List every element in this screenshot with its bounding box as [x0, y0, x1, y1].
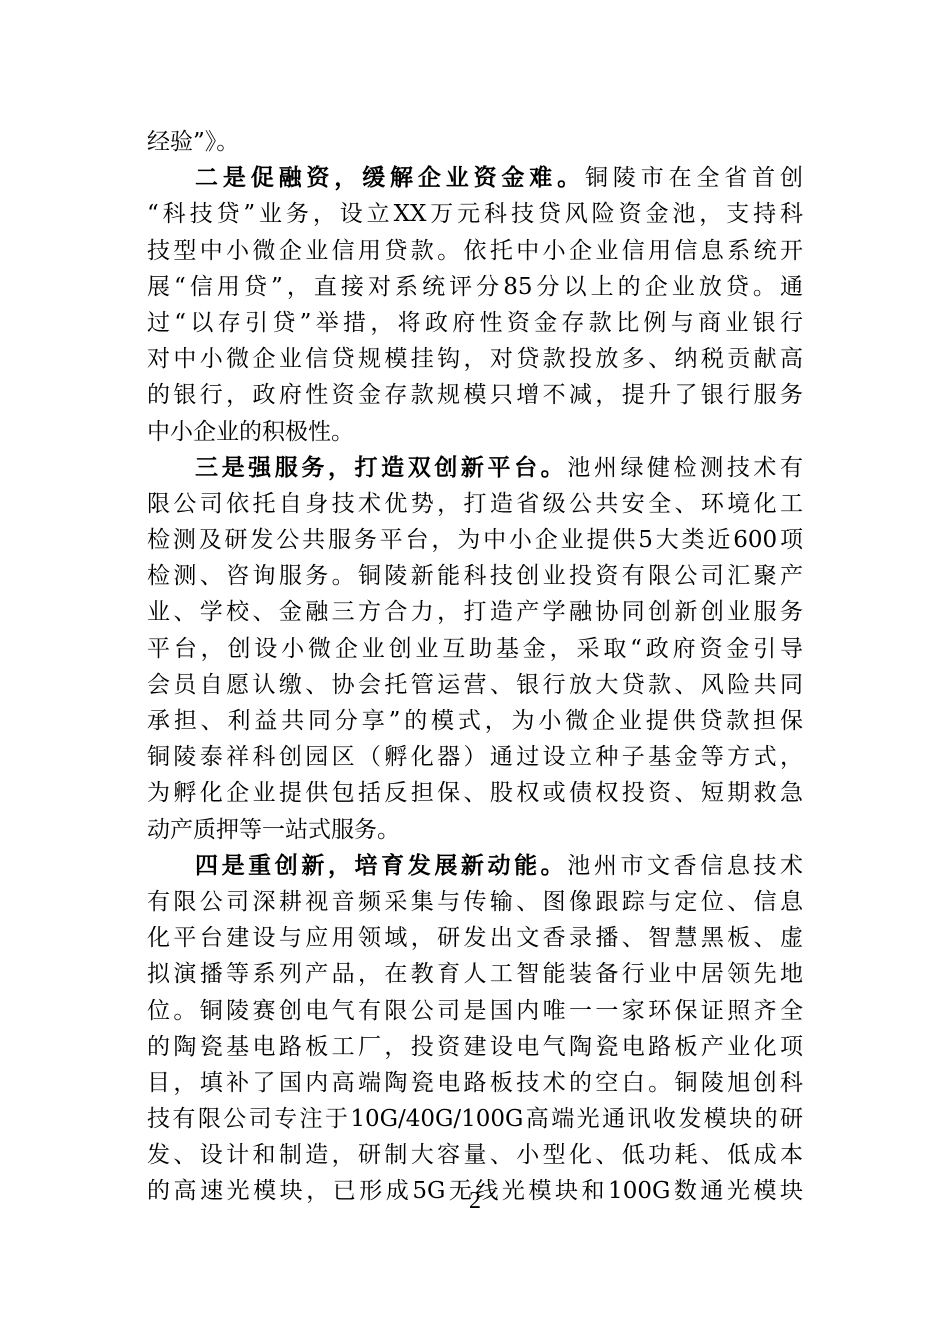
text-line: 发、设计和制造，研制大容量、小型化、低功耗、低成本: [147, 1137, 803, 1173]
text-run: 铜陵市在全省首创: [585, 165, 803, 191]
text-line: 过“以存引贷”举措，将政府性资金存款比例与商业银行: [147, 305, 803, 341]
text-line: 经验”》。: [147, 124, 803, 160]
text-line: 有限公司深耕视音频采集与传输、图像跟踪与定位、信息: [147, 884, 803, 920]
text-line: 化平台建设与应用领域，研发出文香录播、智慧黑板、虚: [147, 920, 803, 956]
paragraph-heading: 二是促融资，缓解企业资金难。: [195, 164, 585, 191]
text-line: 为孵化企业提供包括反担保、股权或债权投资、短期救急: [147, 775, 803, 811]
text-line: 目，填补了国内高端陶瓷电路板技术的空白。铜陵旭创科: [147, 1065, 803, 1101]
text-line: 技型中小微企业信用贷款。依托中小企业信用信息系统开: [147, 233, 803, 269]
text-line: 检测、咨询服务。铜陵新能科技创业投资有限公司汇聚产: [147, 558, 803, 594]
paragraph-first-line: 二是促融资，缓解企业资金难。铜陵市在全省首创: [147, 160, 803, 196]
text-line: 承担、利益共同分享”的模式，为小微企业提供贷款担保: [147, 703, 803, 739]
text-line: 中小企业的积极性。: [147, 414, 803, 450]
text-line: 位。铜陵赛创电气有限公司是国内唯一一家环保证照齐全: [147, 993, 803, 1029]
paragraph-heading: 三是强服务，打造双创新平台。: [195, 454, 567, 481]
document-body: 经验”》。 二是促融资，缓解企业资金难。铜陵市在全省首创 “科技贷”业务，设立X…: [147, 124, 803, 1210]
page-number: 2: [0, 1188, 950, 1215]
text-line: 平台，创设小微企业创业互助基金，采取“政府资金引导: [147, 631, 803, 667]
document-page: 经验”》。 二是促融资，缓解企业资金难。铜陵市在全省首创 “科技贷”业务，设立X…: [0, 0, 950, 1344]
text-line: 限公司依托自身技术优势，打造省级公共安全、环境化工: [147, 486, 803, 522]
text-line: 拟演播等系列产品，在教育人工智能装备行业中居领先地: [147, 956, 803, 992]
text-line: “科技贷”业务，设立XX万元科技贷风险资金池，支持科: [147, 196, 803, 232]
text-line: 检测及研发公共服务平台，为中小企业提供5大类近600项: [147, 522, 803, 558]
paragraph-heading: 四是重创新，培育发展新动能。: [195, 852, 567, 879]
text-line: 对中小微企业信贷规模挂钩，对贷款投放多、纳税贡献高: [147, 341, 803, 377]
text-line: 业、学校、金融三方合力，打造产学融协同创新创业服务: [147, 594, 803, 630]
paragraph-first-line: 三是强服务，打造双创新平台。池州绿健检测技术有: [147, 450, 803, 486]
text-line: 的陶瓷基电路板工厂，投资建设电气陶瓷电路板产业化项: [147, 1029, 803, 1065]
text-run: 池州市文香信息技术: [567, 853, 803, 879]
text-line: 展“信用贷”，直接对系统评分85分以上的企业放贷。通: [147, 269, 803, 305]
text-run: 池州绿健检测技术有: [567, 455, 803, 481]
text-line: 铜陵泰祥科创园区（孵化器）通过设立种子基金等方式，: [147, 739, 803, 775]
text-line: 动产质押等一站式服务。: [147, 812, 803, 848]
text-line: 的银行，政府性资金存款规模只增不减，提升了银行服务: [147, 377, 803, 413]
text-line: 会员自愿认缴、协会托管运营、银行放大贷款、风险共同: [147, 667, 803, 703]
text-line: 技有限公司专注于10G/40G/100G高端光通讯收发模块的研: [147, 1101, 803, 1137]
paragraph-first-line: 四是重创新，培育发展新动能。池州市文香信息技术: [147, 848, 803, 884]
